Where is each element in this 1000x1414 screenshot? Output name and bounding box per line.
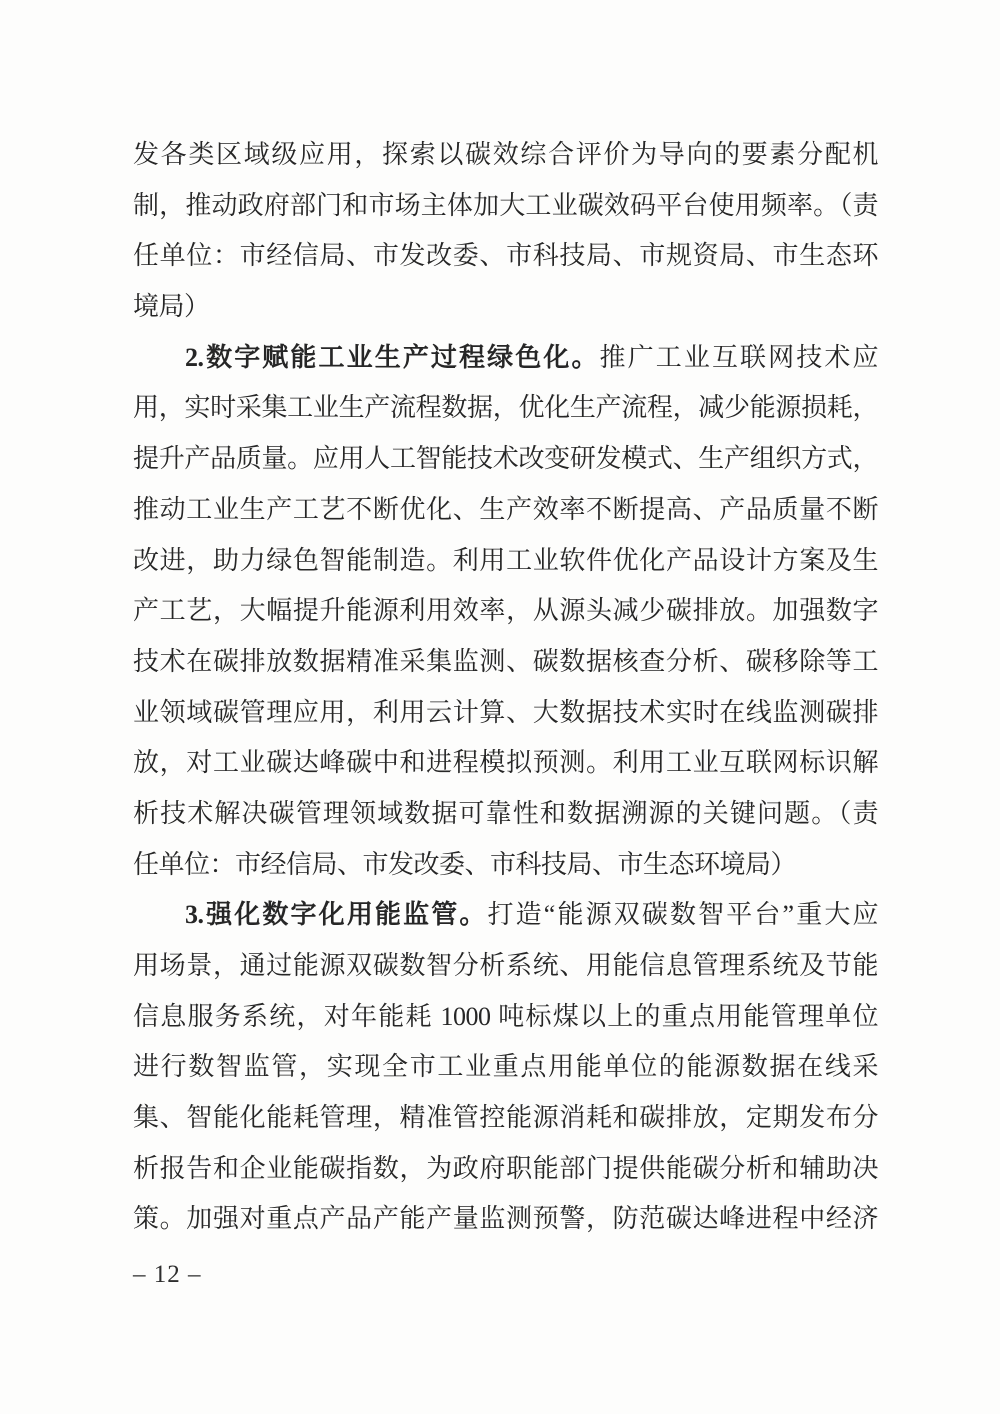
text-line: 提升产品质量。应用人工智能技术改变研发模式、生产组织方式， xyxy=(133,434,878,485)
body-text: 任单位：市经信局、市发改委、市科技局、市生态环境局） xyxy=(133,850,796,879)
document-page: 发各类区域级应用，探索以碳效综合评价为导向的要素分配机制，推动政府部门和市场主体… xyxy=(0,0,1000,1414)
body-text: 推动工业生产工艺不断优化、生产效率不断提高、产品质量不断 xyxy=(133,495,878,524)
body-text: 用，实时采集工业生产流程数据，优化生产流程，减少能源损耗， xyxy=(133,393,878,422)
heading-text: 3.强化数字化用能监管。 xyxy=(185,900,488,929)
text-line: 任单位：市经信局、市发改委、市科技局、市生态环境局） xyxy=(133,840,878,891)
text-line: 产工艺，大幅提升能源利用效率，从源头减少碳排放。加强数字 xyxy=(133,586,878,637)
text-line: 用场景，通过能源双碳数智分析系统、用能信息管理系统及节能 xyxy=(133,941,878,992)
body-text: 提升产品质量。应用人工智能技术改变研发模式、生产组织方式， xyxy=(133,444,878,473)
text-line: 信息服务系统，对年能耗 1000 吨标煤以上的重点用能管理单位 xyxy=(133,992,878,1043)
paragraph-heading-line: 2.数字赋能工业生产过程绿色化。推广工业互联网技术应 xyxy=(133,333,878,384)
body-text: 策。加强对重点产品产能产量监测预警，防范碳达峰进程中经济 xyxy=(133,1204,878,1233)
body-text: 析报告和企业能碳指数，为政府职能部门提供能碳分析和辅助决 xyxy=(133,1154,878,1183)
body-text: 析技术解决碳管理领域数据可靠性和数据溯源的关键问题。（责 xyxy=(133,799,878,828)
body-text: 任单位：市经信局、市发改委、市科技局、市规资局、市生态环 xyxy=(133,241,878,270)
text-line: 任单位：市经信局、市发改委、市科技局、市规资局、市生态环 xyxy=(133,231,878,282)
text-line: 推动工业生产工艺不断优化、生产效率不断提高、产品质量不断 xyxy=(133,485,878,536)
text-line: 放，对工业碳达峰碳中和进程模拟预测。利用工业互联网标识解 xyxy=(133,738,878,789)
paragraph-heading-line: 3.强化数字化用能监管。打造“能源双碳数智平台”重大应 xyxy=(133,890,878,941)
body-text: 推广工业互联网技术应 xyxy=(600,343,878,372)
text-line: 发各类区域级应用，探索以碳效综合评价为导向的要素分配机 xyxy=(133,130,878,181)
body-text: 产工艺，大幅提升能源利用效率，从源头减少碳排放。加强数字 xyxy=(133,596,878,625)
text-line: 集、智能化能耗管理，精准管控能源消耗和碳排放，定期发布分 xyxy=(133,1093,878,1144)
body-text: 放，对工业碳达峰碳中和进程模拟预测。利用工业互联网标识解 xyxy=(133,748,878,777)
body-text: 信息服务系统，对年能耗 1000 吨标煤以上的重点用能管理单位 xyxy=(133,1002,878,1031)
body-text: 业领域碳管理应用，利用云计算、大数据技术实时在线监测碳排 xyxy=(133,698,878,727)
body-text: 进行数智监管，实现全市工业重点用能单位的能源数据在线采 xyxy=(133,1052,878,1081)
text-line: 析技术解决碳管理领域数据可靠性和数据溯源的关键问题。（责 xyxy=(133,789,878,840)
text-line: 用，实时采集工业生产流程数据，优化生产流程，减少能源损耗， xyxy=(133,383,878,434)
body-text: 用场景，通过能源双碳数智分析系统、用能信息管理系统及节能 xyxy=(133,951,878,980)
text-line: 策。加强对重点产品产能产量监测预警，防范碳达峰进程中经济 xyxy=(133,1194,878,1245)
body-text: 发各类区域级应用，探索以碳效综合评价为导向的要素分配机 xyxy=(133,140,878,169)
text-line: 业领域碳管理应用，利用云计算、大数据技术实时在线监测碳排 xyxy=(133,688,878,739)
page-number: – 12 – xyxy=(133,1261,202,1289)
text-line: 析报告和企业能碳指数，为政府职能部门提供能碳分析和辅助决 xyxy=(133,1144,878,1195)
body-text: 制，推动政府部门和市场主体加大工业碳效码平台使用频率。（责 xyxy=(133,191,878,220)
text-line: 技术在碳排放数据精准采集监测、碳数据核查分析、碳移除等工 xyxy=(133,637,878,688)
text-line: 制，推动政府部门和市场主体加大工业碳效码平台使用频率。（责 xyxy=(133,181,878,232)
body-text: 集、智能化能耗管理，精准管控能源消耗和碳排放，定期发布分 xyxy=(133,1103,878,1132)
document-body: 发各类区域级应用，探索以碳效综合评价为导向的要素分配机制，推动政府部门和市场主体… xyxy=(133,130,878,1245)
text-line: 改进，助力绿色智能制造。利用工业软件优化产品设计方案及生 xyxy=(133,536,878,587)
body-text: 技术在碳排放数据精准采集监测、碳数据核查分析、碳移除等工 xyxy=(133,647,878,676)
body-text: 打造“能源双碳数智平台”重大应 xyxy=(488,900,878,929)
body-text: 境局） xyxy=(133,292,210,321)
heading-text: 2.数字赋能工业生产过程绿色化。 xyxy=(185,343,600,372)
text-line: 进行数智监管，实现全市工业重点用能单位的能源数据在线采 xyxy=(133,1042,878,1093)
text-line: 境局） xyxy=(133,282,878,333)
body-text: 改进，助力绿色智能制造。利用工业软件优化产品设计方案及生 xyxy=(133,546,878,575)
